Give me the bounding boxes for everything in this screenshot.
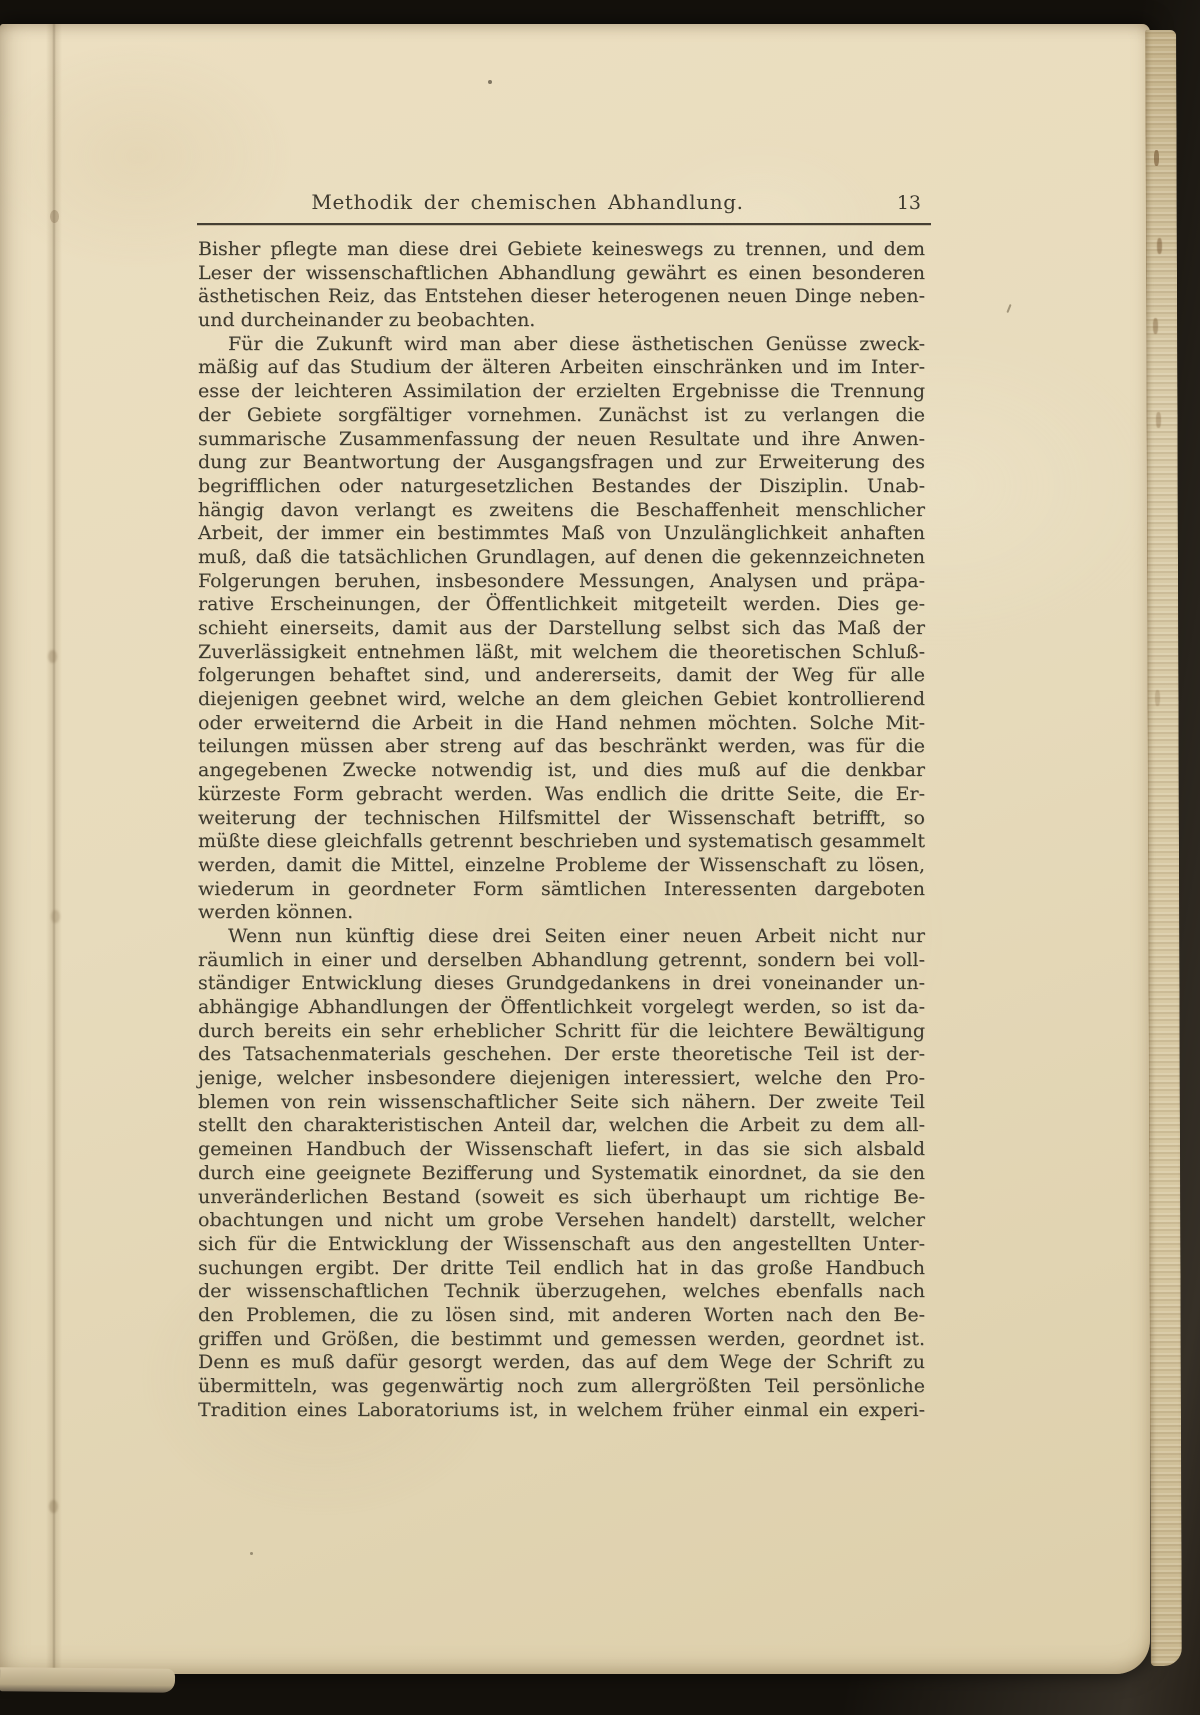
text-line: kürzeste Form gebracht werden. Was endli… [198, 783, 925, 807]
underlying-page-edge [0, 1667, 175, 1693]
text-line: des Tatsachenmaterials geschehen. Der er… [198, 1043, 925, 1067]
fore-edge-stain [1154, 150, 1159, 166]
text-line: oder erweiternd die Arbeit in die Hand n… [198, 712, 925, 736]
text-line: wiederum in geordneter Form sämtlichen I… [198, 878, 925, 902]
paper-speck [250, 1552, 253, 1555]
text-line: Folgerungen beruhen, insbesondere Messun… [198, 570, 925, 594]
text-line: abhängige Abhandlungen der Öffentlichkei… [198, 996, 925, 1020]
text-line: suchungen ergibt. Der dritte Teil endlic… [198, 1257, 925, 1281]
text-line: hängig davon verlangt es zweitens die Be… [198, 499, 925, 523]
text-line: weiterung der technischen Hilfsmittel de… [198, 807, 925, 831]
binding-stitch-mark [50, 210, 59, 223]
text-line: blemen von rein wissenschaftlicher Seite… [198, 1091, 925, 1115]
text-line: mäßig auf das Studium der älteren Arbeit… [198, 356, 925, 380]
text-line: stellt den charakteristischen Anteil dar… [198, 1114, 925, 1138]
text-line: Zuverlässigkeit entnehmen läßt, mit welc… [198, 641, 925, 665]
page-number: 13 [897, 192, 921, 214]
text-line: summarische Zusammenfassung der neuen Re… [198, 428, 925, 452]
text-line: der wissenschaftlichen Technik überzugeh… [198, 1280, 925, 1304]
text-line: ästhetischen Reiz, das Entstehen dieser … [198, 285, 925, 309]
scan-background: Methodik der chemischen Abhandlung. 13 B… [0, 0, 1200, 1715]
text-line: muß, daß die tatsächlichen Grundlagen, a… [198, 546, 925, 570]
text-line: werden können. [198, 901, 925, 925]
text-line: Denn es muß dafür gesorgt werden, das au… [198, 1351, 925, 1375]
text-line: übermitteln, was gegenwärtig noch zum al… [198, 1375, 925, 1399]
text-line: gemeinen Handbuch der Wissenschaft liefe… [198, 1138, 925, 1162]
paper-speck [488, 80, 492, 84]
text-line: und durcheinander zu beobachten. [198, 309, 925, 333]
text-line: Leser der wissenschaftlichen Abhandlung … [198, 262, 925, 286]
text-line: sich für die Entwicklung der Wissenschaf… [198, 1233, 925, 1257]
text-line: durch eine geeignete Bezifferung und Sys… [198, 1162, 925, 1186]
binding-crease [46, 24, 62, 1674]
text-line: Arbeit, der immer ein bestimmtes Maß von… [198, 522, 925, 546]
text-line: ständiger Entwicklung dieses Grundgedank… [198, 972, 925, 996]
text-line: müßte diese gleichfalls getrennt beschri… [198, 830, 925, 854]
page-fore-edge [1145, 30, 1182, 1666]
text-line: Für die Zukunft wird man aber diese ästh… [198, 333, 925, 357]
text-line: begrifflichen oder naturgesetzlichen Bes… [198, 475, 925, 499]
text-line: angegebenen Zwecke notwendig ist, und di… [198, 759, 925, 783]
text-line: den Problemen, die zu lösen sind, mit an… [198, 1304, 925, 1328]
text-line: Wenn nun künftig diese drei Seiten einer… [198, 925, 925, 949]
text-line: schieht einerseits, damit aus der Darste… [198, 617, 925, 641]
text-line: räumlich in einer und derselben Abhandlu… [198, 949, 925, 973]
text-line: jenige, welcher insbesondere diejenigen … [198, 1067, 925, 1091]
text-line: obachtungen und nicht um grobe Versehen … [198, 1209, 925, 1233]
text-line: folgerungen behaftet sind, und andererse… [198, 664, 925, 688]
text-line: der Gebiete sorgfältiger vornehmen. Zunä… [198, 404, 925, 428]
text-line: werden, damit die Mittel, einzelne Probl… [198, 854, 925, 878]
text-line: dung zur Beantwortung der Ausgangsfragen… [198, 451, 925, 475]
running-head-title: Methodik der chemischen Abhandlung. [164, 190, 891, 214]
text-line: durch bereits ein sehr erheblicher Schri… [198, 1020, 925, 1044]
text-line: griffen und Größen, die bestimmt und gem… [198, 1328, 925, 1352]
body-text: Bisher pflegte man diese drei Gebiete ke… [198, 238, 925, 1422]
text-line: Tradition eines Laboratoriums ist, in we… [198, 1399, 925, 1423]
text-line: diejenigen geebnet wird, welche an dem g… [198, 688, 925, 712]
text-line: rative Erscheinungen, der Öffentlichkeit… [198, 593, 925, 617]
paper-speck [1006, 304, 1011, 313]
book-page: Methodik der chemischen Abhandlung. 13 B… [0, 24, 1150, 1674]
text-line: teilungen müssen aber streng auf das bes… [198, 735, 925, 759]
text-line: Bisher pflegte man diese drei Gebiete ke… [198, 238, 925, 262]
text-line: unveränderlichen Bestand (soweit es sich… [198, 1186, 925, 1210]
header-rule [197, 223, 931, 225]
text-line: esse der leichteren Assimilation der erz… [198, 380, 925, 404]
